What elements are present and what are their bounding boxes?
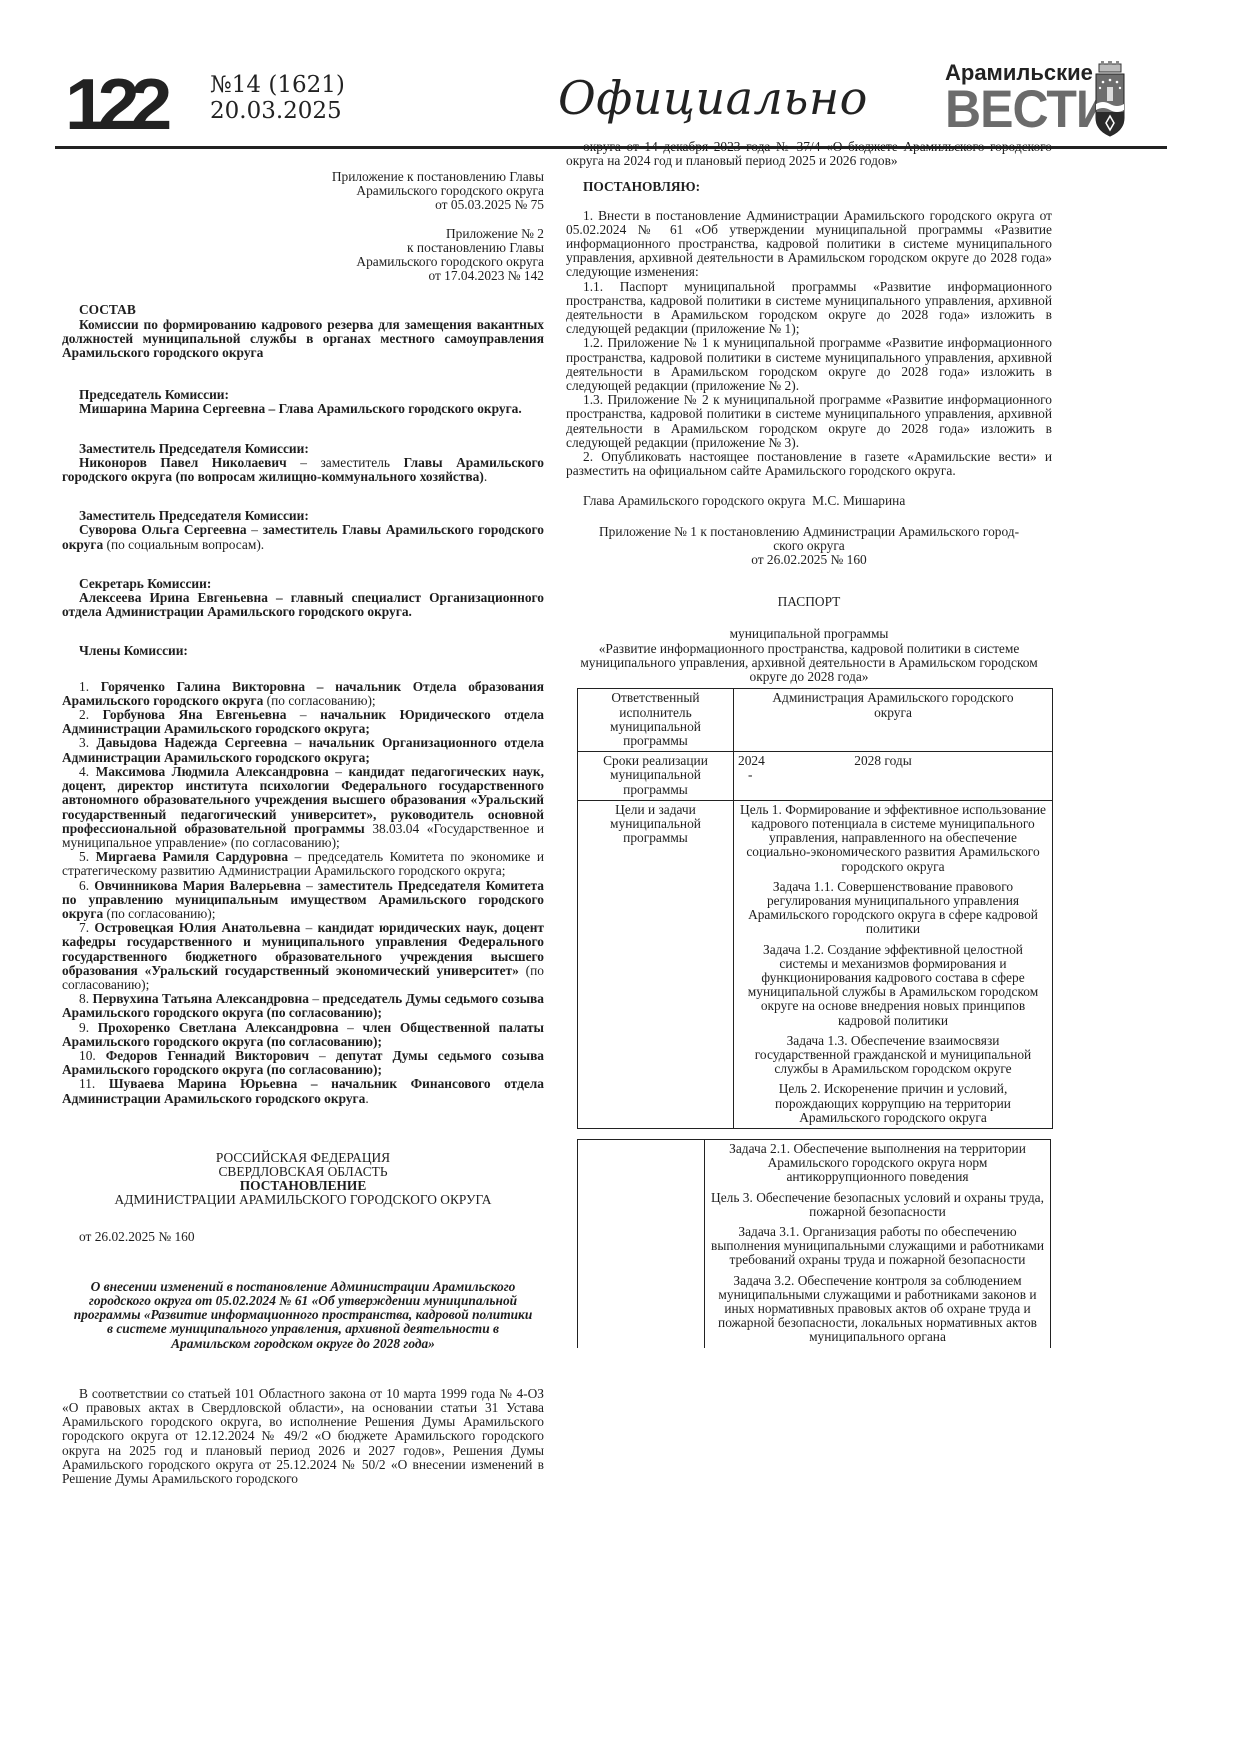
text-line: Приложение к постановлению Главы [62,170,544,184]
text-line: ского округа [566,539,1052,553]
text-line: Приложение № 2 [62,227,544,241]
text-line: от 26.02.2025 № 160 [566,553,1052,567]
left-column: Приложение к постановлению Главы Арамиль… [62,170,544,1486]
year-from: 2024 [738,754,778,768]
member-text: – [286,707,320,722]
row-label-empty [578,1139,705,1347]
passport-table-continued: Задача 2.1. Обеспечение выполнения на те… [577,1139,1051,1348]
member-number: 8. [79,991,89,1006]
member-bold-text: Овчинникова Мария Валерьевна [94,878,301,893]
signature: Глава Арамильского городского округа М.С… [566,494,1052,508]
member-bold-text: Островецкая Юлия Анатольевна [94,920,300,935]
deputy2-label: Заместитель Председателя Комиссии: [62,509,544,523]
row-label: Ответственный исполнитель муниципальной … [578,689,734,752]
resolve-items: 1. Внести в постановление Администрации … [566,209,1052,479]
chair-label: Председатель Комиссии: [62,388,544,402]
page-number: 122 [65,69,163,141]
member-text: – [309,1048,336,1063]
text-line: Арамильского городского округа [62,255,544,269]
table-row: Сроки реализации муниципальной программы… [578,752,1053,801]
goal-item: Цель 1. Формирование и эффективное испол… [738,803,1048,874]
newspaper-logo: Арамильские ВЕСТИ [945,61,1075,133]
member-number: 4. [79,764,89,779]
member-number: 7. [79,920,89,935]
text-line: от 05.03.2025 № 75 [62,198,544,212]
member-item: 7. Островецкая Юлия Анатольевна – кандид… [62,921,544,992]
member-number: 2. [79,707,89,722]
member-text: – [309,991,323,1006]
member-bold-text: Первухина Татьяна Александровна [92,991,308,1006]
passport-subtitle-2: «Развитие информационного пространства, … [566,642,1052,685]
right-column: округа от 14 декабря 2023 года № 37/4 «О… [566,140,1052,1348]
issue-date: 20.03.2025 [210,98,345,124]
member-bold-text: Максимова Людмила Александровна [96,764,329,779]
decree-title: О внесении изменений в постановление Адм… [62,1280,544,1351]
member-name: Никоноров Павел Николаевич [79,455,287,470]
row-value: 2024 - 2028 годы [734,752,1053,801]
year-to: 2028 годы [778,754,1048,782]
composition-subtitle: Комиссии по формированию кадрового резер… [62,318,544,361]
member-item: 11. Шуваева Марина Юрьевна – начальник Ф… [62,1077,544,1105]
member-number: 3. [79,735,89,750]
member-number: 10. [79,1048,96,1063]
member-number: 1. [79,679,89,694]
row-value-goals: Цель 1. Формирование и эффективное испол… [734,800,1053,1128]
goal-item: Задача 3.2. Обеспечение контроля за собл… [709,1274,1046,1345]
deputy1-label: Заместитель Председателя Комиссии: [62,442,544,456]
row-value-goals: Задача 2.1. Обеспечение выполнения на те… [705,1139,1051,1347]
goal-item: Задача 1.1. Совершенствование правового … [738,880,1048,937]
table-row: Цели и задачи муниципальной программы Це… [578,800,1053,1128]
text-line: РОССИЙСКАЯ ФЕДЕРАЦИЯ [62,1151,544,1165]
member-text: – [287,735,308,750]
resolve-label: ПОСТАНОВЛЯЮ: [566,180,1052,194]
appendix-header-2: Приложение № 2 к постановлению Главы Ара… [62,227,544,284]
section-title: Официально [558,71,868,125]
year-dash: - [738,768,778,782]
text-line: от 17.04.2023 № 142 [62,269,544,283]
text-line: Арамильского городского округа [62,184,544,198]
row-label: Цели и задачи муниципальной программы [578,800,734,1128]
member-text: – [301,878,318,893]
row-value: Администрация Арамильского городского ок… [734,689,1053,752]
members-list: 1. Горяченко Галина Викторовна – начальн… [62,680,544,1106]
row-label: Сроки реализации муниципальной программы [578,752,734,801]
deputy1-text: Никоноров Павел Николаевич – заместитель… [62,456,544,484]
member-text: . [365,1091,368,1106]
text-span: – заместитель [287,455,404,470]
member-item: 8. Первухина Татьяна Александровна – пре… [62,992,544,1020]
passport-title: ПАСПОРТ [566,595,1052,609]
preamble: В соответствии со статьей 101 Областного… [62,1387,544,1486]
member-name: Суворова Ольга Сергеевна [79,522,247,537]
text-span: (по социальным вопросам). [103,537,264,552]
resolve-item: 1.2. Приложение № 1 к муниципальной прог… [566,336,1052,393]
text-line: СВЕРДЛОВСКАЯ ОБЛАСТЬ [62,1165,544,1179]
goal-item: Задача 1.3. Обеспечение взаимосвязи госу… [738,1034,1048,1077]
member-bold-text: Горбунова Яна Евгеньевна [103,707,287,722]
coat-of-arms-icon [1093,60,1127,138]
text-line: АДМИНИСТРАЦИИ АРАМИЛЬСКОГО ГОРОДСКОГО ОК… [62,1193,544,1207]
member-item: 9. Прохоренко Светлана Александровна – ч… [62,1021,544,1049]
member-item: 1. Горяченко Галина Викторовна – начальн… [62,680,544,708]
member-text: (по согласованию); [103,906,215,921]
issue-info: №14 (1621) 20.03.2025 [210,72,345,124]
secretary-text: Алексеева Ирина Евгеньевна – главный спе… [62,591,544,619]
member-text: (по согласованию); [263,693,375,708]
member-text: – [338,1020,362,1035]
goal-item: Цель 3. Обеспечение безопасных условий и… [709,1191,1046,1219]
member-bold-text: Миргаева Рамиля Сардуровна [96,849,289,864]
member-text: – [329,764,349,779]
text-span: – [247,522,263,537]
text-line: Приложение № 1 к постановлению Администр… [566,525,1052,539]
text-span: . [484,469,487,484]
passport-subtitle-1: муниципальной программы [566,627,1052,641]
member-bold-text: Федоров Геннадий Викторович [106,1048,309,1063]
member-bold-text: Прохоренко Светлана Александровна [98,1020,339,1035]
secretary-label: Секретарь Комиссии: [62,577,544,591]
issue-number: №14 (1621) [210,72,345,98]
member-bold-text: Шуваева Марина Юрьевна – начальник Финан… [62,1076,544,1105]
table-row: Ответственный исполнитель муниципальной … [578,689,1053,752]
member-text: – [300,920,317,935]
table-row: Задача 2.1. Обеспечение выполнения на те… [578,1139,1051,1347]
decree-header: РОССИЙСКАЯ ФЕДЕРАЦИЯ СВЕРДЛОВСКАЯ ОБЛАСТ… [62,1151,544,1208]
masthead: 122 №14 (1621) 20.03.2025 Официально Ара… [55,55,1167,145]
resolve-item: 2. Опубликовать настоящее постановление … [566,450,1052,478]
passport-table: Ответственный исполнитель муниципальной … [577,688,1053,1129]
members-label: Члены Комиссии: [62,644,544,658]
appendix-header-1: Приложение к постановлению Главы Арамиль… [62,170,544,213]
member-item: 2. Горбунова Яна Евгеньевна – начальник … [62,708,544,736]
composition-title: СОСТАВ [62,303,544,317]
member-item: 10. Федоров Геннадий Викторович – депута… [62,1049,544,1077]
resolve-item: 1.3. Приложение № 2 к муниципальной прог… [566,393,1052,450]
member-number: 9. [79,1020,89,1035]
preamble-continued: округа от 14 декабря 2023 года № 37/4 «О… [566,140,1052,168]
chair-text: Мишарина Марина Сергеевна – Глава Арамил… [62,402,544,416]
member-item: 5. Миргаева Рамиля Сардуровна – председа… [62,850,544,878]
goal-item: Задача 2.1. Обеспечение выполнения на те… [709,1142,1046,1185]
member-number: 6. [79,878,89,893]
member-item: 4. Максимова Людмила Александровна – кан… [62,765,544,850]
brand-bottom: ВЕСТИ [945,84,1075,134]
member-item: 3. Давыдова Надежда Сергеевна – начальни… [62,736,544,764]
text-line: к постановлению Главы [62,241,544,255]
goal-item: Задача 1.2. Создание эффективной целостн… [738,943,1048,1028]
appendix-header: Приложение № 1 к постановлению Администр… [566,525,1052,568]
decree-type: ПОСТАНОВЛЕНИЕ [62,1179,544,1193]
member-number: 11. [79,1076,95,1091]
resolve-item: 1. Внести в постановление Администрации … [566,209,1052,280]
member-item: 6. Овчинникова Мария Валерьевна – замест… [62,879,544,922]
decree-date: от 26.02.2025 № 160 [62,1230,544,1244]
member-number: 5. [79,849,89,864]
member-bold-text: Давыдова Надежда Сергеевна [96,735,287,750]
goal-item: Цель 2. Искоренение причин и условий, по… [738,1082,1048,1125]
deputy2-text: Суворова Ольга Сергеевна – заместитель Г… [62,523,544,551]
goal-item: Задача 3.1. Организация работы по обеспе… [709,1225,1046,1268]
resolve-item: 1.1. Паспорт муниципальной программы «Ра… [566,280,1052,337]
